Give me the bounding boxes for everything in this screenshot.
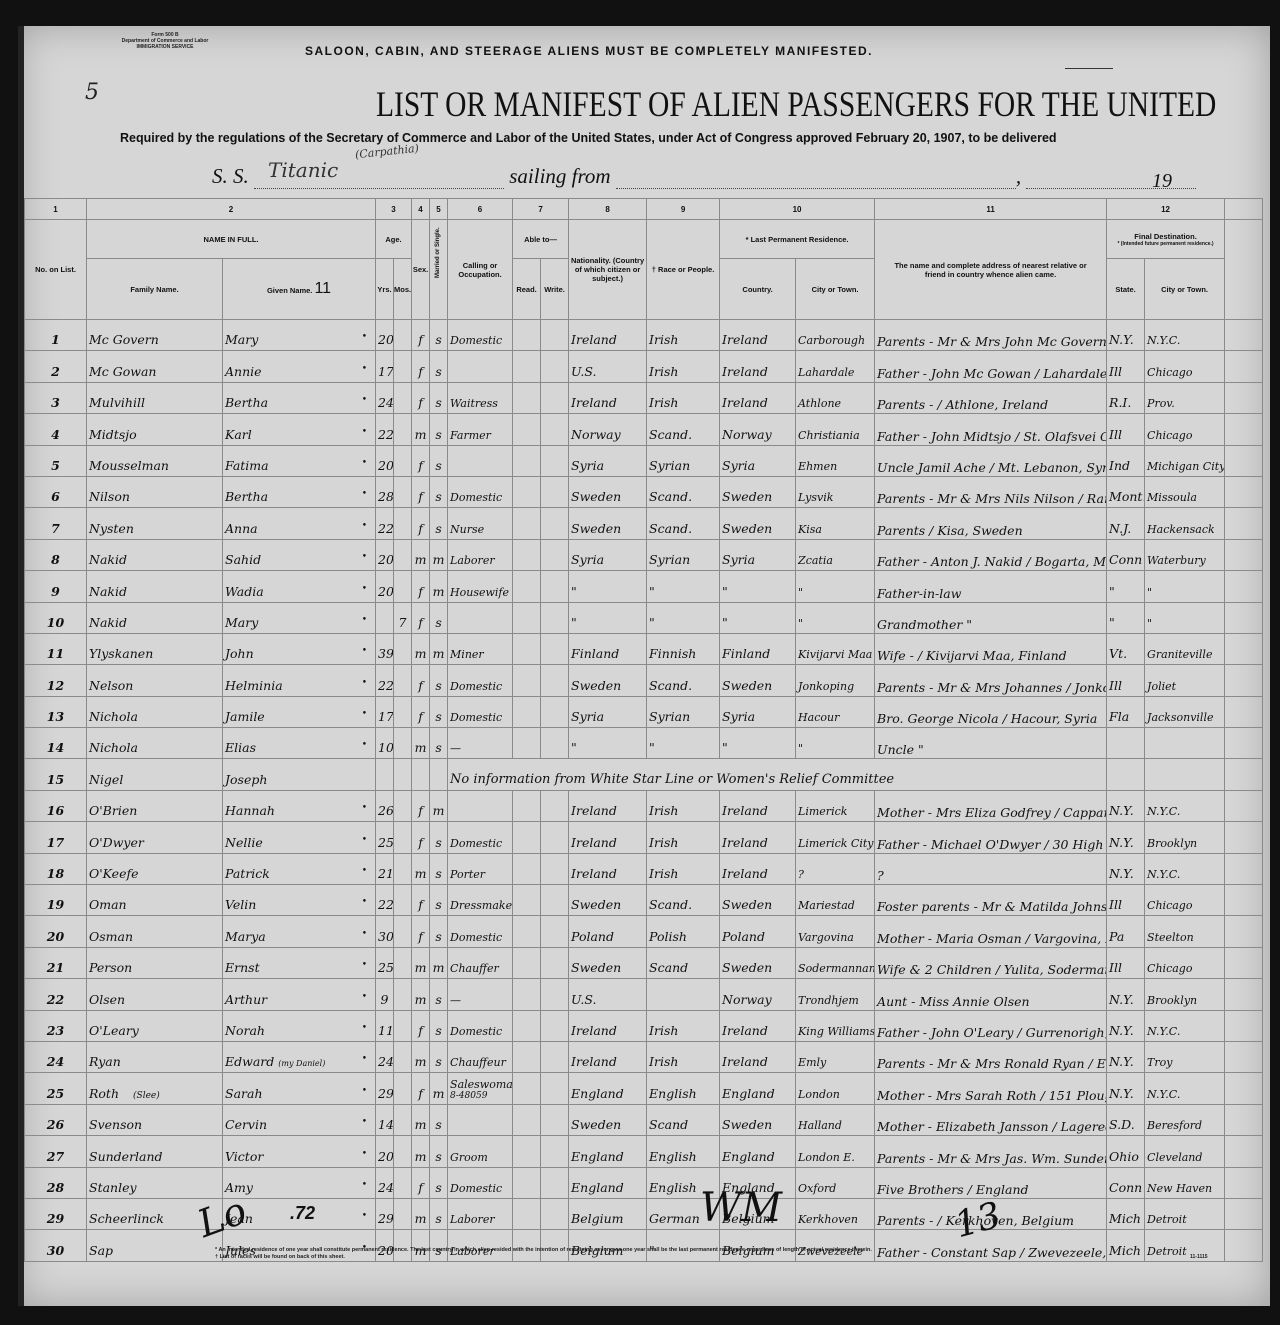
occupation: Domestic — [448, 1167, 513, 1198]
family-name-text: Sunderland — [89, 1149, 163, 1164]
dest-city — [1145, 728, 1225, 759]
given-name: Karl• — [223, 414, 376, 445]
margin-cell — [1225, 571, 1263, 602]
dest-state: Ill — [1107, 351, 1145, 382]
check-dot: • — [362, 427, 373, 437]
check-dot: • — [362, 332, 373, 342]
given-name-note: (my Daniel) — [278, 1059, 325, 1068]
write — [541, 476, 569, 507]
table-row: 16O'BrienHannah•26fmIrelandIrishIrelandL… — [25, 790, 1263, 821]
row-number: 11 — [25, 633, 87, 664]
race: Syrian — [647, 696, 720, 727]
write — [541, 1104, 569, 1135]
table-row: 10NakidMary•7fs""""Grandmother """ — [25, 602, 1263, 633]
given-name-text: Bertha — [225, 489, 268, 504]
read — [513, 916, 541, 947]
sex: m — [412, 853, 430, 884]
margin-cell — [1225, 445, 1263, 476]
residence-city: Zcatia — [796, 539, 875, 570]
family-name: Svenson — [87, 1104, 223, 1135]
marital-status: s — [430, 1104, 448, 1135]
margin-cell — [1225, 1198, 1263, 1229]
family-name-text: Svenson — [89, 1117, 142, 1132]
marital-status: m — [430, 1073, 448, 1104]
given-name-text: Elias — [225, 740, 256, 755]
given-name: Anna• — [223, 508, 376, 539]
residence-country: Ireland — [720, 822, 796, 853]
marital-status — [430, 759, 448, 790]
family-name: Mc Govern — [87, 320, 223, 351]
read — [513, 445, 541, 476]
nationality: Finland — [569, 633, 647, 664]
residence-city: Lahardale — [796, 351, 875, 382]
read — [513, 947, 541, 978]
row-number: 29 — [25, 1198, 87, 1229]
given-name-text: Ernst — [225, 960, 260, 975]
residence-city: Hacour — [796, 696, 875, 727]
row-number: 17 — [25, 822, 87, 853]
residence-country: Ireland — [720, 790, 796, 821]
table-row: 15NigelJosephNo information from White S… — [25, 759, 1263, 790]
relative-address: Mother - Mrs Sarah Roth / 151 Plough St.… — [875, 1073, 1107, 1104]
check-dot: • — [362, 552, 373, 562]
given-name-label: Given Name. — [267, 286, 312, 295]
occupation-text: Domestic — [450, 837, 502, 850]
family-name-text: Scheerlinck — [89, 1211, 164, 1226]
occupation: Domestic — [448, 696, 513, 727]
age-months — [394, 571, 412, 602]
dest-state: Mich — [1107, 1230, 1145, 1261]
dest-city: Chicago — [1145, 414, 1225, 445]
sex: f — [412, 665, 430, 696]
dest-state: Ill — [1107, 885, 1145, 916]
footnote-residence: * An intended residence of one year shal… — [215, 1247, 872, 1254]
occupation-text: — — [450, 742, 461, 755]
passenger-manifest-table: 1 2 3 4 5 6 7 8 9 10 11 12 No. on List. … — [24, 198, 1263, 1262]
race: " — [647, 602, 720, 633]
given-name-text: Nellie — [225, 835, 263, 850]
given-name: Sarah• — [223, 1073, 376, 1104]
check-dot: • — [362, 1117, 373, 1127]
family-name: Ylyskanen — [87, 633, 223, 664]
relative-address: ? — [875, 853, 1107, 884]
nationality: Sweden — [569, 476, 647, 507]
read — [513, 602, 541, 633]
margin-cell — [1225, 665, 1263, 696]
given-name-text: Sarah — [225, 1086, 263, 1101]
nationality: Syria — [569, 445, 647, 476]
page-subtitle: Required by the regulations of the Secre… — [120, 131, 1057, 145]
age-months — [394, 822, 412, 853]
age-months — [394, 696, 412, 727]
marital-status: s — [430, 508, 448, 539]
write — [541, 445, 569, 476]
age-months — [394, 1010, 412, 1041]
given-name: Velin• — [223, 885, 376, 916]
table-row: 7NystenAnna•22fsNurseSwedenScand.SwedenK… — [25, 508, 1263, 539]
age-months — [394, 759, 412, 790]
ship-name: Titanic — [268, 158, 338, 182]
race: Syrian — [647, 445, 720, 476]
marital-status: s — [430, 916, 448, 947]
write — [541, 822, 569, 853]
write — [541, 1167, 569, 1198]
nationality: Belgium — [569, 1198, 647, 1229]
row-number: 18 — [25, 853, 87, 884]
marital-status: s — [430, 822, 448, 853]
marital-status: m — [430, 539, 448, 570]
family-name-text: Sap — [89, 1243, 113, 1258]
age-years: 9 — [376, 979, 394, 1010]
occupation: Domestic — [448, 916, 513, 947]
family-name-text: Midtsjo — [89, 427, 137, 442]
family-name-note: (Slee) — [133, 1091, 160, 1101]
given-name: Wadia• — [223, 571, 376, 602]
family-name-text: Olsen — [89, 992, 125, 1007]
family-name-text: Mulvihill — [89, 395, 145, 410]
relative-address: Five Brothers / England — [875, 1167, 1107, 1198]
residence-city: London — [796, 1073, 875, 1104]
family-name: Nilson — [87, 476, 223, 507]
given-name-text: Joseph — [225, 772, 267, 787]
relative-address: Parents - / Athlone, Ireland — [875, 382, 1107, 413]
relative-address: Father - Michael O'Dwyer / 30 High St., … — [875, 822, 1107, 853]
relative-address: Aunt - Miss Annie Olsen — [875, 979, 1107, 1010]
occupation-text: Farmer — [450, 429, 491, 442]
age-years: 22 — [376, 414, 394, 445]
header-married-single: Married or Single. — [430, 220, 448, 320]
colnum-2: 2 — [87, 199, 376, 220]
check-dot: • — [362, 709, 373, 719]
colnum-3: 3 — [376, 199, 412, 220]
header-write: Write. — [541, 259, 569, 320]
given-name: Annie• — [223, 351, 376, 382]
age-months — [394, 1198, 412, 1229]
header-occupation: Calling or Occupation. — [448, 220, 513, 320]
sex: f — [412, 508, 430, 539]
residence-country: " — [720, 728, 796, 759]
residence-country: Ireland — [720, 382, 796, 413]
family-name: Roth(Slee) — [87, 1073, 223, 1104]
family-name-text: O'Keefe — [89, 866, 139, 881]
dest-state: Ill — [1107, 947, 1145, 978]
colnum-margin — [1225, 199, 1263, 220]
dest-city: N.Y.C. — [1145, 1010, 1225, 1041]
given-name: Bertha• — [223, 382, 376, 413]
race: English — [647, 1136, 720, 1167]
sex: f — [412, 571, 430, 602]
dest-city: Jacksonville — [1145, 696, 1225, 727]
given-name-text: Wadia — [225, 584, 264, 599]
margin-cell — [1225, 979, 1263, 1010]
occupation-text: Domestic — [450, 711, 502, 724]
age-years: 14 — [376, 1104, 394, 1135]
header-city: City or Town. — [796, 259, 875, 320]
given-name-text: Arthur — [225, 992, 267, 1007]
occupation: Laborer — [448, 539, 513, 570]
occupation-text: Domestic — [450, 491, 502, 504]
age-years: 29 — [376, 1198, 394, 1229]
residence-country: Ireland — [720, 853, 796, 884]
family-name: O'Brien — [87, 790, 223, 821]
sex: f — [412, 476, 430, 507]
residence-city: " — [796, 728, 875, 759]
marital-status: m — [430, 947, 448, 978]
write — [541, 885, 569, 916]
dest-city: N.Y.C. — [1145, 320, 1225, 351]
write — [541, 979, 569, 1010]
family-name-text: Nakid — [89, 552, 127, 567]
dest-city: Missoula — [1145, 476, 1225, 507]
family-name: Oman — [87, 885, 223, 916]
given-name-text: Karl — [225, 427, 252, 442]
row-number: 13 — [25, 696, 87, 727]
residence-country: Sweden — [720, 885, 796, 916]
age-years: 25 — [376, 822, 394, 853]
occupation: Nurse — [448, 508, 513, 539]
dest-state: Vt. — [1107, 633, 1145, 664]
occupation: Saleswoman8-48059 — [448, 1073, 513, 1104]
residence-city: Lysvik — [796, 476, 875, 507]
colnum-8: 8 — [569, 199, 647, 220]
sex: m — [412, 979, 430, 1010]
family-name-text: Osman — [89, 929, 133, 944]
given-name-text: Jamile — [225, 709, 265, 724]
age-months — [394, 414, 412, 445]
given-name: Nellie• — [223, 822, 376, 853]
dest-city: Chicago — [1145, 351, 1225, 382]
sex: m — [412, 539, 430, 570]
marital-status: s — [430, 885, 448, 916]
family-name: Stanley — [87, 1167, 223, 1198]
row-number: 16 — [25, 790, 87, 821]
sex: m — [412, 414, 430, 445]
relative-address: Mother - Mrs Eliza Godfrey / Cappamore, … — [875, 790, 1107, 821]
header-state: State. — [1107, 259, 1145, 320]
given-name-text: Patrick — [225, 866, 270, 881]
residence-city: King Williamstown — [796, 1010, 875, 1041]
given-name-text: Victor — [225, 1149, 263, 1164]
margin-cell — [1225, 351, 1263, 382]
write — [541, 1198, 569, 1229]
row-number: 6 — [25, 476, 87, 507]
check-dot: • — [362, 835, 373, 845]
occupation: Housewife — [448, 571, 513, 602]
residence-city: Kisa — [796, 508, 875, 539]
age-months: 7 — [394, 602, 412, 633]
nationality: " — [569, 728, 647, 759]
age-years: 17 — [376, 696, 394, 727]
write — [541, 633, 569, 664]
margin-cell — [1225, 1167, 1263, 1198]
row-number: 28 — [25, 1167, 87, 1198]
row-number: 21 — [25, 947, 87, 978]
table-row: 27SunderlandVictor•20msGroomEnglandEngli… — [25, 1136, 1263, 1167]
dest-city: " — [1145, 571, 1225, 602]
residence-city: Emly — [796, 1041, 875, 1072]
age-years: 20 — [376, 539, 394, 570]
family-name: Sunderland — [87, 1136, 223, 1167]
dest-state: N.Y. — [1107, 790, 1145, 821]
row-number: 12 — [25, 665, 87, 696]
age-years — [376, 602, 394, 633]
family-name: Nelson — [87, 665, 223, 696]
margin-cell — [1225, 1104, 1263, 1135]
given-name-text: Norah — [225, 1023, 265, 1038]
occupation-text: Domestic — [450, 334, 502, 347]
given-name-text: Edward — [225, 1054, 274, 1069]
dest-city: N.Y.C. — [1145, 790, 1225, 821]
table-row: 11YlyskanenJohn•39mmMinerFinlandFinnishF… — [25, 633, 1263, 664]
relative-address: Father - John Mc Gowan / Lahardale, Co. … — [875, 351, 1107, 382]
occupation-text: — — [450, 994, 461, 1007]
relative-address: Parents - Mr & Mrs Ronald Ryan / Emly, C… — [875, 1041, 1107, 1072]
residence-country: Syria — [720, 539, 796, 570]
sex: f — [412, 320, 430, 351]
given-name: Amy• — [223, 1167, 376, 1198]
residence-city: " — [796, 602, 875, 633]
occupation: Domestic — [448, 665, 513, 696]
row-number: 14 — [25, 728, 87, 759]
table-row: 12NelsonHelminia•22fsDomesticSwedenScand… — [25, 665, 1263, 696]
residence-country: Poland — [720, 916, 796, 947]
sex: f — [412, 1073, 430, 1104]
family-name-text: Nichola — [89, 709, 138, 724]
colnum-1: 1 — [25, 199, 87, 220]
row-number: 15 — [25, 759, 87, 790]
write — [541, 539, 569, 570]
dest-city: Troy — [1145, 1041, 1225, 1072]
age-years: 20 — [376, 1136, 394, 1167]
check-dot: • — [362, 678, 373, 688]
check-dot: • — [362, 584, 373, 594]
given-name: Arthur• — [223, 979, 376, 1010]
residence-city: London E. — [796, 1136, 875, 1167]
write — [541, 1010, 569, 1041]
dest-state: Pa — [1107, 916, 1145, 947]
residence-country: Ireland — [720, 1010, 796, 1041]
write — [541, 1136, 569, 1167]
occupation: Miner — [448, 633, 513, 664]
family-name: Ryan — [87, 1041, 223, 1072]
occupation: — — [448, 728, 513, 759]
sex: f — [412, 1010, 430, 1041]
race — [647, 979, 720, 1010]
read — [513, 822, 541, 853]
table-row: 18O'KeefePatrick•21msPorterIrelandIrishI… — [25, 853, 1263, 884]
age-years: 20 — [376, 571, 394, 602]
write — [541, 414, 569, 445]
final-destination-note: * (Intended future permanent residence.) — [1107, 241, 1224, 247]
form-service: IMMIGRATION SERVICE — [110, 44, 220, 50]
nationality: England — [569, 1136, 647, 1167]
nationality: Sweden — [569, 885, 647, 916]
given-name-text: Fatima — [225, 458, 269, 473]
occupation-text: Domestic — [450, 931, 502, 944]
marital-status: s — [430, 696, 448, 727]
given-name: Fatima• — [223, 445, 376, 476]
read — [513, 885, 541, 916]
race: Polish — [647, 916, 720, 947]
age-months — [394, 947, 412, 978]
read — [513, 571, 541, 602]
given-name-text: Marya — [225, 929, 266, 944]
residence-country: Sweden — [720, 476, 796, 507]
race: Irish — [647, 790, 720, 821]
nationality: Sweden — [569, 508, 647, 539]
age-months — [394, 916, 412, 947]
dest-state: Ohio — [1107, 1136, 1145, 1167]
dest-state: N.Y. — [1107, 822, 1145, 853]
occupation: Domestic — [448, 822, 513, 853]
residence-city: " — [796, 571, 875, 602]
sex — [412, 759, 430, 790]
marital-status: s — [430, 1167, 448, 1198]
age-months — [394, 539, 412, 570]
header-margin — [1225, 220, 1263, 320]
family-name: Midtsjo — [87, 414, 223, 445]
residence-country: " — [720, 602, 796, 633]
dest-city: Steelton — [1145, 916, 1225, 947]
header-final-destination: Final Destination. * (Intended future pe… — [1107, 220, 1225, 259]
family-name-text: Ylyskanen — [89, 646, 153, 661]
header-able-to: Able to— — [513, 220, 569, 259]
row-number: 26 — [25, 1104, 87, 1135]
residence-city: Kerkhoven — [796, 1198, 875, 1229]
residence-city: Limerick — [796, 790, 875, 821]
check-dot: • — [362, 1149, 373, 1159]
given-name-text: Sahid — [225, 552, 261, 567]
read — [513, 979, 541, 1010]
age-months — [394, 1073, 412, 1104]
marital-status: s — [430, 602, 448, 633]
given-name-text: Cervin — [225, 1117, 267, 1132]
family-name: Mc Gowan — [87, 351, 223, 382]
occupation: Domestic — [448, 476, 513, 507]
read — [513, 539, 541, 570]
dest-state: N.Y. — [1107, 853, 1145, 884]
occupation — [448, 351, 513, 382]
row-number: 30 — [25, 1230, 87, 1261]
age-years: 20 — [376, 445, 394, 476]
margin-cell — [1225, 885, 1263, 916]
given-name-text: John — [225, 646, 254, 661]
table-row: 26SvensonCervin•14msSwedenScandSwedenHal… — [25, 1104, 1263, 1135]
age-months — [394, 633, 412, 664]
age-months — [394, 885, 412, 916]
dest-city: New Haven — [1145, 1167, 1225, 1198]
given-name-text: Anna — [225, 521, 258, 536]
table-row: 25Roth(Slee)Sarah•29fmSaleswoman8-48059E… — [25, 1073, 1263, 1104]
nationality: Ireland — [569, 320, 647, 351]
family-name-text: Nigel — [89, 772, 123, 787]
given-name: John• — [223, 633, 376, 664]
race: Scand — [647, 1104, 720, 1135]
dest-state: Conn — [1107, 1167, 1145, 1198]
margin-cell — [1225, 853, 1263, 884]
sex: f — [412, 382, 430, 413]
read — [513, 320, 541, 351]
age-years: 21 — [376, 853, 394, 884]
family-name-text: Mc Gowan — [89, 364, 157, 379]
nationality: " — [569, 571, 647, 602]
dest-state: N.Y. — [1107, 320, 1145, 351]
race: Irish — [647, 1041, 720, 1072]
race: Scand. — [647, 476, 720, 507]
margin-cell — [1225, 508, 1263, 539]
occupation: Groom — [448, 1136, 513, 1167]
read — [513, 853, 541, 884]
